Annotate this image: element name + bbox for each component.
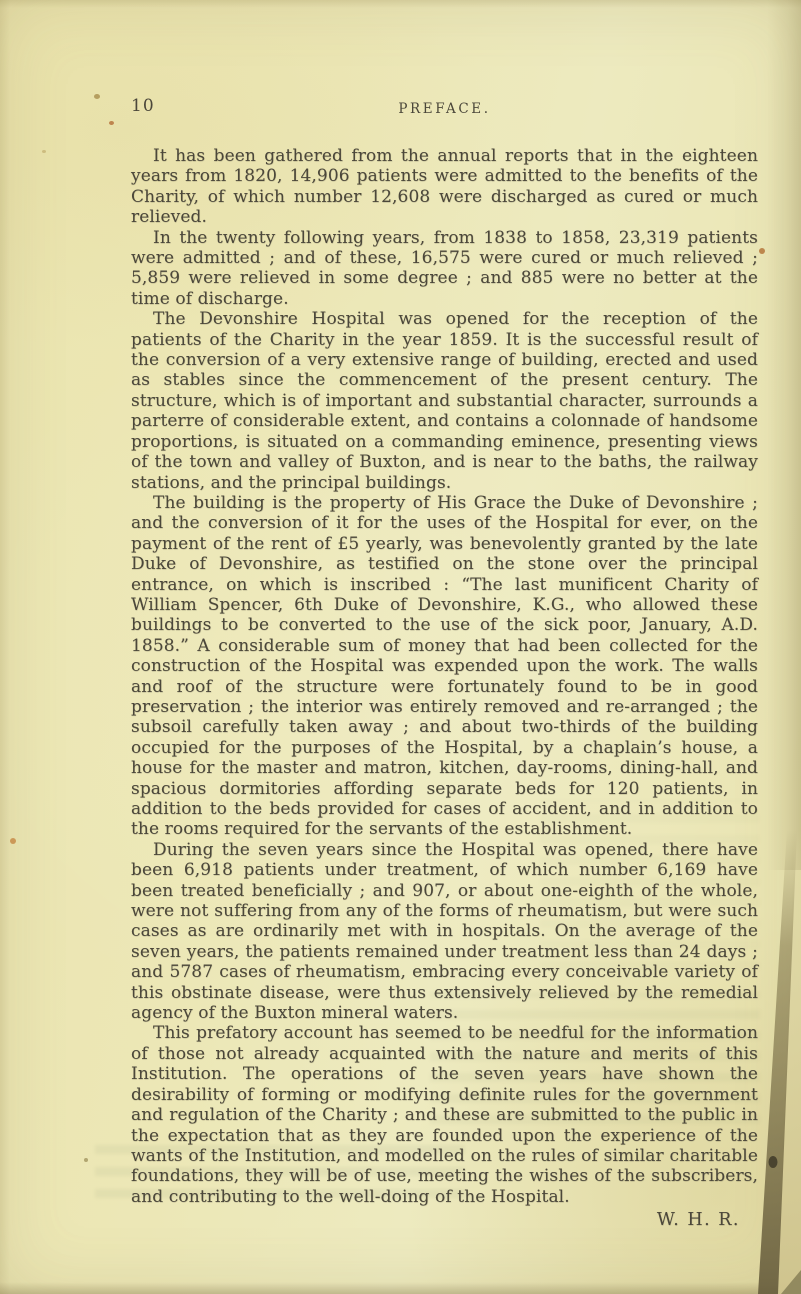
preface-paragraph-6: This prefatory account has seemed to be …: [131, 1023, 758, 1207]
author-initials: W. H. R.: [131, 1210, 758, 1230]
preface-text-block: It has been gathered from the annual rep…: [131, 146, 758, 1231]
preface-paragraph-3: The Devonshire Hospital was opened for t…: [131, 309, 758, 493]
paper-stain: [109, 121, 114, 125]
page-header-title: PREFACE.: [131, 101, 758, 117]
page-edge-left: [0, 0, 10, 1294]
book-binding-edge: [741, 830, 801, 1294]
preface-paragraph-2: In the twenty following years, from 1838…: [131, 228, 758, 310]
paper-stain: [42, 150, 46, 153]
preface-paragraph-5: During the seven years since the Hospita…: [131, 840, 758, 1024]
page-edge-bottom: [0, 1282, 801, 1294]
paper-stain: [84, 1158, 88, 1162]
paper-stain: [759, 248, 765, 254]
paper-stain: [10, 838, 16, 844]
paper-stain: [94, 94, 100, 99]
page-edge-top: [0, 0, 801, 8]
scanned-book-page: 10 PREFACE. It has been gathered from th…: [0, 0, 801, 1294]
preface-paragraph-1: It has been gathered from the annual rep…: [131, 146, 758, 228]
page-edge-right: [767, 0, 801, 870]
preface-paragraph-4: The building is the property of His Grac…: [131, 493, 758, 840]
